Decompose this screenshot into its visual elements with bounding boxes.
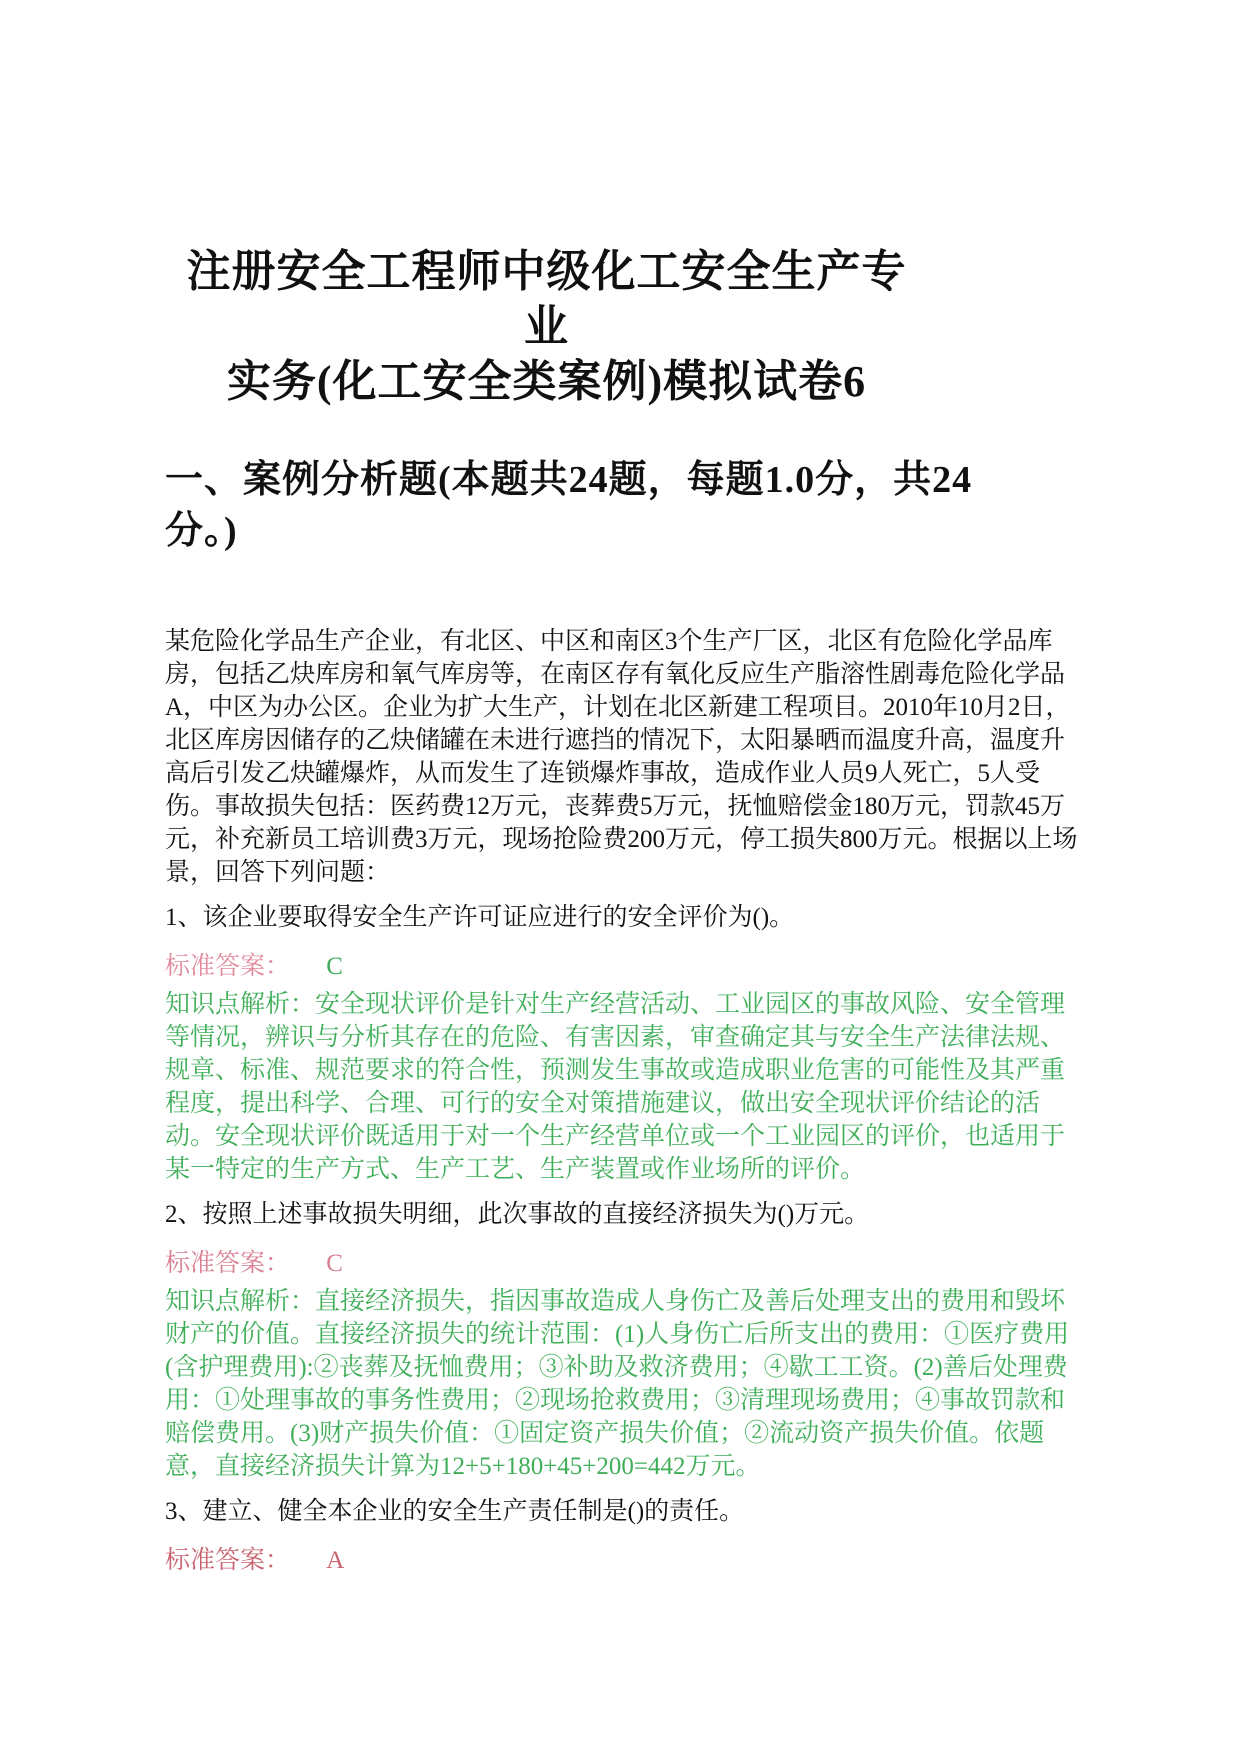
question-2-explanation: 知识点解析：直接经济损失，指因事故造成人身伤亡及善后处理支出的费用和毁坏财产的价… [165, 1285, 1078, 1483]
question-3-answer-line: 标准答案： A [165, 1544, 1078, 1577]
answer-value: A [326, 1547, 344, 1574]
page-title-line-2: 实务(化工安全类案例)模拟试卷6 [165, 354, 928, 409]
question-2-text: 2、按照上述事故损失明细，此次事故的直接经济损失为()万元。 [165, 1198, 1078, 1231]
section-heading-line-2: 分。) [165, 506, 1078, 557]
question-1-text: 1、该企业要取得安全生产许可证应进行的安全评价为()。 [165, 901, 1078, 934]
answer-label: 标准答案： [165, 1250, 290, 1277]
answer-label: 标准答案： [165, 953, 290, 980]
answer-value: C [326, 1250, 343, 1277]
question-1-answer-line: 标准答案： C [165, 950, 1078, 983]
document-page: { "title_lines": [ "注册安全工程师中级化工安全生产专业", … [0, 0, 1240, 1754]
page-title-line-1: 注册安全工程师中级化工安全生产专业 [165, 244, 928, 354]
answer-value: C [326, 953, 343, 980]
section-heading-line-1: 一、案例分析题(本题共24题，每题1.0分，共24 [165, 455, 1078, 506]
page-title: 注册安全工程师中级化工安全生产专业 实务(化工安全类案例)模拟试卷6 [165, 244, 928, 409]
question-2-answer-line: 标准答案： C [165, 1247, 1078, 1280]
answer-label: 标准答案： [165, 1547, 290, 1574]
case-scenario-text: 某危险化学品生产企业，有北区、中区和南区3个生产厂区，北区有危险化学品库房，包括… [165, 625, 1078, 889]
exam-page: 注册安全工程师中级化工安全生产专业 实务(化工安全类案例)模拟试卷6 一、案例分… [0, 0, 1240, 1754]
question-3-text: 3、建立、健全本企业的安全生产责任制是()的责任。 [165, 1495, 1078, 1528]
section-heading: 一、案例分析题(本题共24题，每题1.0分，共24 分。) [165, 455, 1078, 557]
question-1-explanation: 知识点解析：安全现状评价是针对生产经营活动、工业园区的事故风险、安全管理等情况，… [165, 988, 1078, 1186]
